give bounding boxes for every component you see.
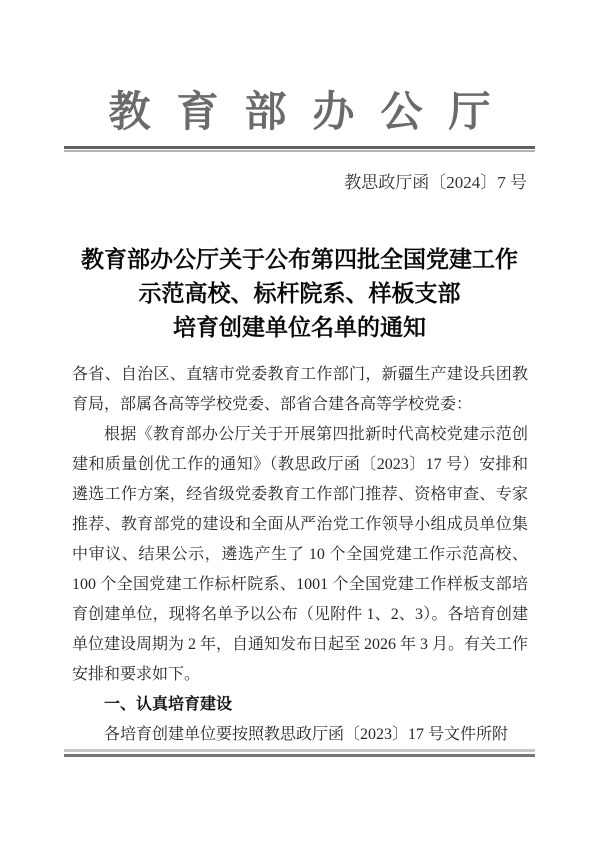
doc-number: 教思政厅函〔2024〕7 号 [64,172,527,194]
document-body: 各省、自治区、直辖市党委教育工作部门，新疆生产建设兵团教育局，部属各高等学校党委… [72,360,528,750]
letterhead-divider [64,146,535,152]
body-paragraph-2: 各培育创建单位要按照教思政厅函〔2023〕17 号文件所附 [72,720,528,750]
notice-title-line3: 培育创建单位名单的通知 [173,315,426,340]
notice-title-line2: 示范高校、标杆院系、样板支部 [139,281,461,306]
document-page: 教育部办公厅 教思政厅函〔2024〕7 号 教育部办公厅关于公布第四批全国党建工… [0,0,599,848]
letterhead-title: 教育部办公厅 [0,88,599,138]
notice-title-line1: 教育部办公厅关于公布第四批全国党建工作 [81,247,518,272]
footer-divider [64,749,535,757]
addressee-paragraph: 各省、自治区、直辖市党委教育工作部门，新疆生产建设兵团教育局，部属各高等学校党委… [72,360,528,420]
body-paragraph-1: 根据《教育部办公厅关于开展第四批新时代高校党建示范创建和质量创优工作的通知》（教… [72,420,528,690]
section-1-heading: 一、认真培育建设 [72,690,528,720]
notice-title: 教育部办公厅关于公布第四批全国党建工作 示范高校、标杆院系、样板支部 培育创建单… [0,243,599,345]
